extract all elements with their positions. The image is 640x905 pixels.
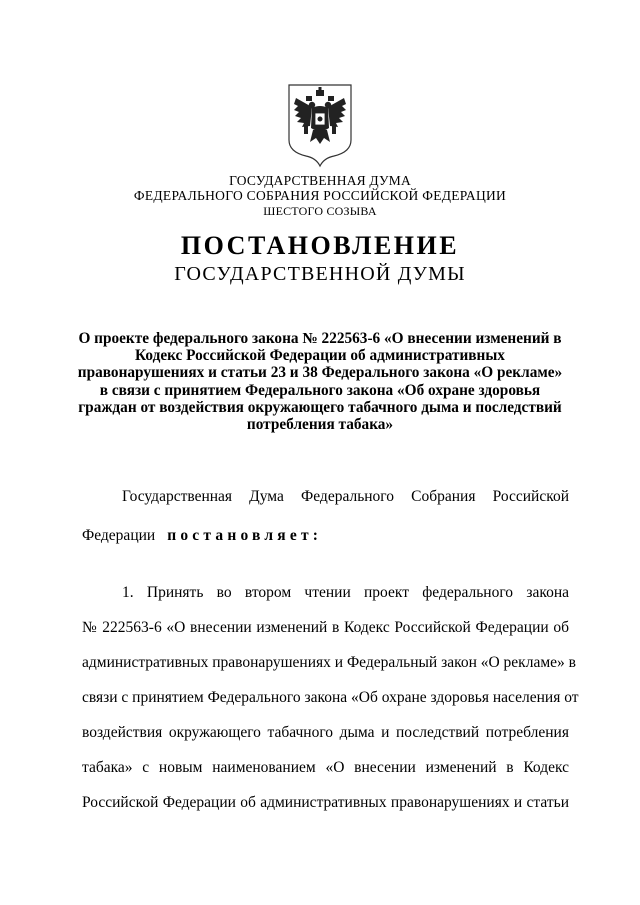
paragraph-line: № 222563-6 «О внесении изменений в Кодек… — [82, 619, 569, 637]
paragraph-line: связи с принятием Федерального закона «О… — [82, 689, 569, 707]
paragraph-line: табака» с новым наименованием «О внесени… — [82, 759, 569, 777]
preamble-federation: Федерации — [82, 527, 155, 544]
paragraph-line: воздействия окружающего табачного дыма и… — [82, 724, 569, 742]
subject-line: в связи с принятием Федерального закона … — [70, 382, 570, 399]
preamble-line1: Государственная Дума Федерального Собран… — [122, 488, 569, 506]
document-type-title: ПОСТАНОВЛЕНИЕ — [0, 231, 640, 261]
subject-line: правонарушениях и статьи 23 и 38 Федерал… — [70, 364, 570, 381]
org-name-line2: ФЕДЕРАЛЬНОГО СОБРАНИЯ РОССИЙСКОЙ ФЕДЕРАЦ… — [0, 188, 640, 204]
paragraph-line: Российской Федерации об административных… — [82, 794, 569, 812]
resolution-subject: О проекте федерального закона № 222563-6… — [70, 330, 570, 433]
org-name-line1: ГОСУДАРСТВЕННАЯ ДУМА — [0, 173, 640, 189]
coat-of-arms-icon — [286, 82, 354, 168]
subject-line: потребления табака» — [70, 416, 570, 433]
subject-line: О проекте федерального закона № 222563-6… — [70, 330, 570, 347]
preamble-line2: Федерациипостановляет: — [82, 527, 569, 545]
document-page: ГОСУДАРСТВЕННАЯ ДУМА ФЕДЕРАЛЬНОГО СОБРАН… — [0, 0, 640, 905]
resolves-keyword: постановляет: — [167, 527, 322, 544]
document-issuer-title: ГОСУДАРСТВЕННОЙ ДУМЫ — [0, 263, 640, 286]
subject-line: граждан от воздействия окружающего табач… — [70, 399, 570, 416]
subject-line: Кодекс Российской Федерации об администр… — [70, 347, 570, 364]
convocation-line: ШЕСТОГО СОЗЫВА — [0, 204, 640, 219]
paragraph-line: 1. Принять во втором чтении проект федер… — [122, 584, 569, 602]
paragraph-line: административных правонарушениях и Федер… — [82, 654, 569, 672]
